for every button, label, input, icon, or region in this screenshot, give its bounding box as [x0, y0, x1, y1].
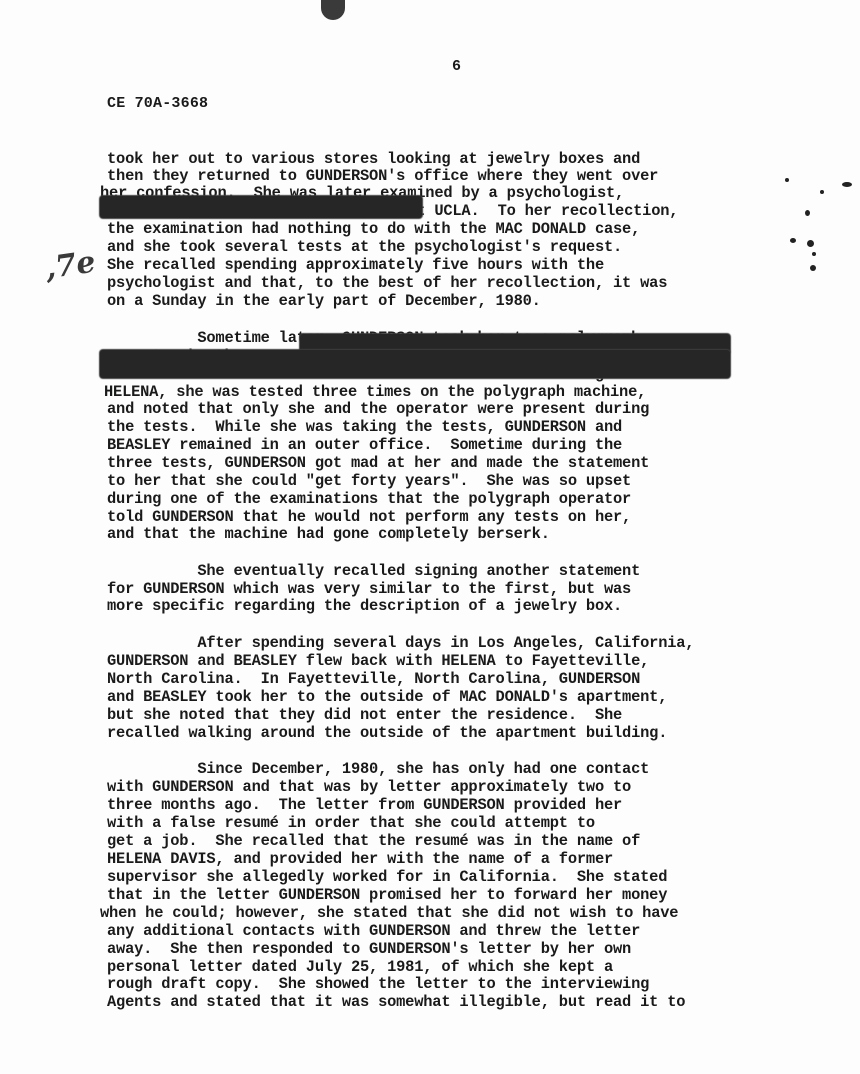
- text-line: but she noted that they did not enter th…: [107, 706, 622, 724]
- page-number: 6: [452, 58, 461, 75]
- text-line: GUNDERSON and BEASLEY flew back with HEL…: [107, 652, 649, 670]
- text-line: She recalled spending approximately five…: [107, 256, 604, 274]
- scan-noise: [760, 170, 860, 270]
- text-line: and that the machine had gone completely…: [107, 525, 550, 543]
- text-line: the tests. While she was taking the test…: [107, 418, 622, 436]
- text-line: on a Sunday in the early part of Decembe…: [107, 292, 541, 310]
- text-line: during one of the examinations that the …: [107, 490, 631, 508]
- text-line: North Carolina. In Fayetteville, North C…: [107, 670, 640, 688]
- text-line: when he could; however, she stated that …: [100, 904, 678, 922]
- text-line: get a job. She recalled that the resumé …: [107, 832, 640, 850]
- text-line: rough draft copy. She showed the letter …: [107, 975, 649, 993]
- file-number: CE 70A-3668: [107, 95, 208, 112]
- text-line: for GUNDERSON which was very similar to …: [107, 580, 631, 598]
- text-line: HELENA DAVIS, and provided her with the …: [107, 850, 613, 868]
- text-line: and noted that only she and the operator…: [107, 400, 649, 418]
- handwritten-margin-annotation: ,7e: [43, 245, 98, 287]
- text-line: personal letter dated July 25, 1981, of …: [107, 958, 613, 976]
- text-line: three months ago. The letter from GUNDER…: [107, 796, 622, 814]
- text-line: Agents and stated that it was somewhat i…: [107, 993, 685, 1011]
- text-line: took her out to various stores looking a…: [107, 150, 640, 168]
- text-line: away. She then responded to GUNDERSON's …: [107, 940, 631, 958]
- text-line: with GUNDERSON and that was by letter ap…: [107, 778, 631, 796]
- text-line: the examination had nothing to do with t…: [107, 220, 640, 238]
- text-line: any additional contacts with GUNDERSON a…: [107, 922, 640, 940]
- text-line: HELENA, she was tested three times on th…: [104, 383, 646, 401]
- text-line: that in the letter GUNDERSON promised he…: [107, 886, 667, 904]
- text-line: She eventually recalled signing another …: [107, 562, 640, 580]
- redaction-block: [100, 350, 730, 378]
- text-line: After spending several days in Los Angel…: [107, 634, 694, 652]
- text-line: and she took several tests at the psycho…: [107, 238, 622, 256]
- text-line: psychologist and that, to the best of he…: [107, 274, 667, 292]
- text-line: three tests, GUNDERSON got mad at her an…: [107, 454, 649, 472]
- text-line: BEASLEY remained in an outer office. Som…: [107, 436, 622, 454]
- text-line: Since December, 1980, she has only had o…: [107, 760, 649, 778]
- text-line: more specific regarding the description …: [107, 597, 622, 615]
- text-line: and BEASLEY took her to the outside of M…: [107, 688, 667, 706]
- text-line: supervisor she allegedly worked for in C…: [107, 868, 667, 886]
- text-line: recalled walking around the outside of t…: [107, 724, 667, 742]
- text-line: told GUNDERSON that he would not perform…: [107, 508, 631, 526]
- text-line: to her that she could "get forty years".…: [107, 472, 631, 490]
- text-line: then they returned to GUNDERSON's office…: [107, 167, 658, 185]
- redaction-block: [100, 196, 422, 218]
- punch-hole-mark: [321, 0, 345, 20]
- text-line: with a false resumé in order that she co…: [107, 814, 595, 832]
